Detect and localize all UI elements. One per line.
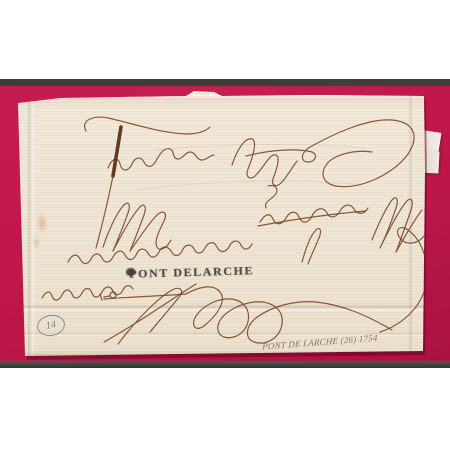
photo-bottom-edge-strip xyxy=(0,361,450,368)
script-capital-right xyxy=(372,198,422,252)
script-underline-right xyxy=(258,211,366,226)
flourish-crossed-strokes xyxy=(104,284,196,344)
flourish-grand-s xyxy=(380,228,427,332)
flourish-overline xyxy=(85,117,210,134)
script-word-right xyxy=(260,205,368,224)
script-address-line xyxy=(68,241,252,263)
script-capital-top xyxy=(232,139,297,186)
manuscript-handwriting-layer xyxy=(16,90,428,358)
show-through-writing xyxy=(136,144,366,190)
script-f-descender xyxy=(302,228,320,264)
script-word-top-left xyxy=(108,149,214,170)
flourish-big-loop xyxy=(246,120,414,187)
ink-blot-stroke xyxy=(113,127,121,176)
script-capital-mid-left xyxy=(103,203,171,251)
collector-number: 14 xyxy=(45,319,57,332)
handwriting-flourishes xyxy=(42,117,427,344)
photo-top-edge-strip xyxy=(0,79,450,86)
photo-of-cover: PONT DELARCHE 14 PONT DE LARCHE (26) 175… xyxy=(0,79,450,368)
ink-blot-stroke-tail xyxy=(96,176,113,248)
script-descender-loop xyxy=(266,186,277,208)
folded-letter xyxy=(16,90,428,358)
